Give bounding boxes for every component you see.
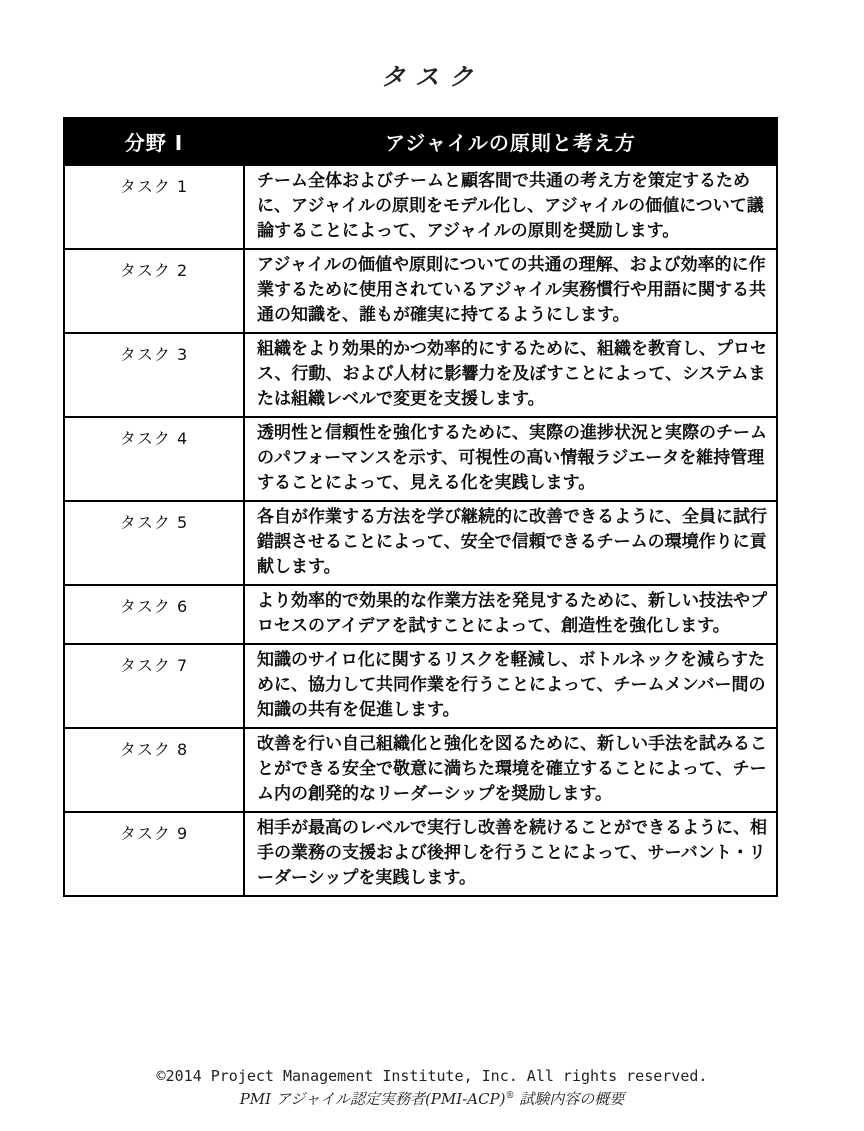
table-row: タスク 2 アジャイルの価値や原則についての共通の理解、および効率的に作業するた…	[64, 249, 777, 333]
task-label: タスク 9	[64, 812, 244, 896]
task-label: タスク 4	[64, 417, 244, 501]
task-description: 透明性と信頼性を強化するために、実際の進捗状況と実際のチームのパフォーマンスを示…	[244, 417, 777, 501]
table-row: タスク 6 より効率的で効果的な作業方法を発見するために、新しい技法やプロセスの…	[64, 585, 777, 644]
task-description: 相手が最高のレベルで実行し改善を続けることができるように、相手の業務の支援および…	[244, 812, 777, 896]
task-description: 組織をより効果的かつ効率的にするために、組織を教育し、プロセス、行動、および人材…	[244, 333, 777, 417]
task-description: 各自が作業する方法を学び継続的に改善できるように、全員に試行錯誤させることによっ…	[244, 501, 777, 585]
footer-doc-title-prefix: PMI アジャイル認定実務者(PMI-ACP)	[240, 1090, 506, 1108]
header-domain-cell: 分野 I	[64, 118, 244, 165]
table-row: タスク 9 相手が最高のレベルで実行し改善を続けることができるように、相手の業務…	[64, 812, 777, 896]
footer-copyright: ©2014 Project Management Institute, Inc.…	[0, 1067, 864, 1085]
table-row: タスク 4 透明性と信頼性を強化するために、実際の進捗状況と実際のチームのパフォ…	[64, 417, 777, 501]
task-description: 改善を行い自己組織化と強化を図るために、新しい手法を試みることができる安全で敬意…	[244, 728, 777, 812]
table-row: タスク 7 知識のサイロ化に関するリスクを軽減し、ボトルネックを減らすために、協…	[64, 644, 777, 728]
task-label: タスク 6	[64, 585, 244, 644]
task-description: チーム全体およびチームと顧客間で共通の考え方を策定するために、アジャイルの原則を…	[244, 165, 777, 249]
table-row: タスク 1 チーム全体およびチームと顧客間で共通の考え方を策定するために、アジャ…	[64, 165, 777, 249]
task-label: タスク 5	[64, 501, 244, 585]
table-row: タスク 8 改善を行い自己組織化と強化を図るために、新しい手法を試みることができ…	[64, 728, 777, 812]
footer-doc-title-suffix: 試験内容の概要	[515, 1090, 625, 1108]
document-page: タスク 分野 I アジャイルの原則と考え方 タスク 1 チーム全体およびチームと…	[0, 0, 864, 1131]
task-label: タスク 8	[64, 728, 244, 812]
page-title: タスク	[0, 57, 864, 92]
table-row: タスク 5 各自が作業する方法を学び継続的に改善できるように、全員に試行錯誤させ…	[64, 501, 777, 585]
task-description: より効率的で効果的な作業方法を発見するために、新しい技法やプロセスのアイデアを試…	[244, 585, 777, 644]
footer-doc-title: PMI アジャイル認定実務者(PMI-ACP)® 試験内容の概要	[0, 1088, 864, 1109]
task-label: タスク 7	[64, 644, 244, 728]
tasks-table: 分野 I アジャイルの原則と考え方 タスク 1 チーム全体およびチームと顧客間で…	[63, 117, 778, 897]
page-footer: ©2014 Project Management Institute, Inc.…	[0, 1067, 864, 1109]
task-label: タスク 3	[64, 333, 244, 417]
table-header-row: 分野 I アジャイルの原則と考え方	[64, 118, 777, 165]
table-row: タスク 3 組織をより効果的かつ効率的にするために、組織を教育し、プロセス、行動…	[64, 333, 777, 417]
task-description: アジャイルの価値や原則についての共通の理解、および効率的に作業するために使用され…	[244, 249, 777, 333]
task-label: タスク 1	[64, 165, 244, 249]
registered-trademark-symbol: ®	[506, 1091, 515, 1101]
task-description: 知識のサイロ化に関するリスクを軽減し、ボトルネックを減らすために、協力して共同作…	[244, 644, 777, 728]
header-title-cell: アジャイルの原則と考え方	[244, 118, 777, 165]
task-label: タスク 2	[64, 249, 244, 333]
